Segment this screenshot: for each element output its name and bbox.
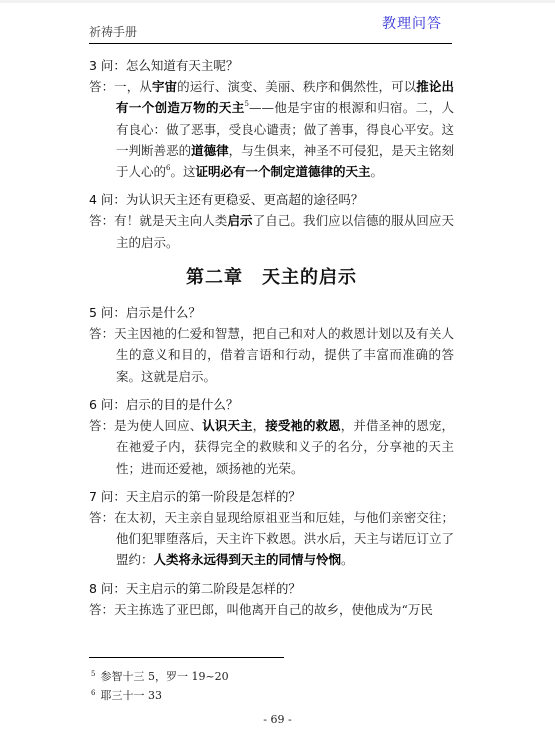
answer: 答：有！就是天主向人类启示了自己。我们应以信德的服从回应天主的启示。 <box>89 210 454 253</box>
question: 8 问：天主启示的第二阶段是怎样的？ <box>89 579 454 599</box>
section-title: 教理问答 <box>382 13 442 33</box>
answer: 答：天主拣选了亚巴郎，叫他离开自己的故乡，使他成为“万民 <box>89 599 454 620</box>
chapter-heading: 第二章 天主的启示 <box>89 263 454 289</box>
qa-item: 6 问：启示的目的是什么？答：是为使人回应、认识天主，接受祂的救恩，并借圣神的恩… <box>89 395 454 479</box>
emphasis: 认识天主 <box>202 418 252 433</box>
qa-item: 5 问：启示是什么？答：天主因祂的仁爱和智慧，把自己和对人的救恩计划以及有关人生… <box>89 303 454 387</box>
footnote-text: 参智十三 5，罗一 19~20 <box>100 670 228 683</box>
question: 7 问：天主启示的第一阶段是怎样的？ <box>89 487 454 507</box>
page-body: 3 问：怎么知道有天主呢？答：一，从宇宙的运行、演变、美丽、秩序和偶然性，可以推… <box>89 56 454 628</box>
emphasis: 道德律 <box>191 143 229 158</box>
answer: 答：一，从宇宙的运行、演变、美丽、秩序和偶然性，可以推论出有一个创造万物的天主5… <box>89 76 454 182</box>
page-header: 祈祷手册 教理问答 <box>89 14 452 44</box>
footnote-divider <box>89 657 284 658</box>
emphasis: 接受祂的救恩 <box>265 418 341 433</box>
qa-item: 4 问：为认识天主还有更稳妥、更高超的途径吗？答：有！就是天主向人类启示了自己。… <box>89 190 454 253</box>
question: 6 问：启示的目的是什么？ <box>89 395 454 415</box>
footnote-5: 5参智十三 5，罗一 19~20 <box>91 666 229 685</box>
emphasis: 证明必有一个制定道德律的天主 <box>196 164 371 179</box>
qa-list-before-chapter: 3 问：怎么知道有天主呢？答：一，从宇宙的运行、演变、美丽、秩序和偶然性，可以推… <box>89 56 454 253</box>
footnote-6: 6耶三十一 33 <box>91 685 229 704</box>
answer-text: 。 <box>341 552 354 567</box>
qa-item: 3 问：怎么知道有天主呢？答：一，从宇宙的运行、演变、美丽、秩序和偶然性，可以推… <box>89 56 454 182</box>
answer-text: 答：是为使人回应、 <box>89 418 202 433</box>
emphasis: 宇宙 <box>152 79 177 94</box>
footnotes: 5参智十三 5，罗一 19~20 6耶三十一 33 <box>91 666 229 704</box>
book-title: 祈祷手册 <box>89 23 137 40</box>
emphasis: 启示 <box>227 213 252 228</box>
question: 4 问：为认识天主还有更稳妥、更高超的途径吗？ <box>89 190 454 210</box>
emphasis: 人类将永远得到天主的同情与怜悯 <box>154 552 342 567</box>
qa-item: 8 问：天主启示的第二阶段是怎样的？答：天主拣选了亚巴郎，叫他离开自己的故乡，使… <box>89 579 454 620</box>
footnote-number: 6 <box>91 689 95 697</box>
footnote-number: 5 <box>91 670 95 678</box>
answer-text: 的运行、演变、美丽、秩序和偶然性，可以 <box>177 79 416 94</box>
answer: 答：在太初，天主亲自显现给原祖亚当和厄娃，与他们亲密交往；他们犯罪堕落后，天主许… <box>89 507 454 571</box>
question: 5 问：启示是什么？ <box>89 303 454 323</box>
answer-text: 答：一，从 <box>89 79 152 94</box>
question: 3 问：怎么知道有天主呢？ <box>89 56 454 76</box>
footnote-text: 耶三十一 33 <box>100 689 162 702</box>
answer: 答：是为使人回应、认识天主，接受祂的救恩，并借圣神的恩宠，在祂爱子内，获得完全的… <box>89 415 454 479</box>
answer-text: 答：天主拣选了亚巴郎，叫他离开自己的故乡，使他成为“万民 <box>89 602 433 617</box>
answer-text: 答：天主因祂的仁爱和智慧，把自己和对人的救恩计划以及有关人生的意义和目的，借着言… <box>89 326 454 384</box>
qa-list-after-chapter: 5 问：启示是什么？答：天主因祂的仁爱和智慧，把自己和对人的救恩计划以及有关人生… <box>89 303 454 620</box>
answer-text: 。 <box>371 164 384 179</box>
page-number: - 69 - <box>0 713 555 726</box>
answer-text: 。这 <box>170 164 195 179</box>
answer-text: ， <box>253 418 266 433</box>
qa-item: 7 问：天主启示的第一阶段是怎样的？答：在太初，天主亲自显现给原祖亚当和厄娃，与… <box>89 487 454 571</box>
viewer-top-band <box>0 0 555 3</box>
answer: 答：天主因祂的仁爱和智慧，把自己和对人的救恩计划以及有关人生的意义和目的，借着言… <box>89 323 454 387</box>
answer-text: 答：有！就是天主向人类 <box>89 213 227 228</box>
